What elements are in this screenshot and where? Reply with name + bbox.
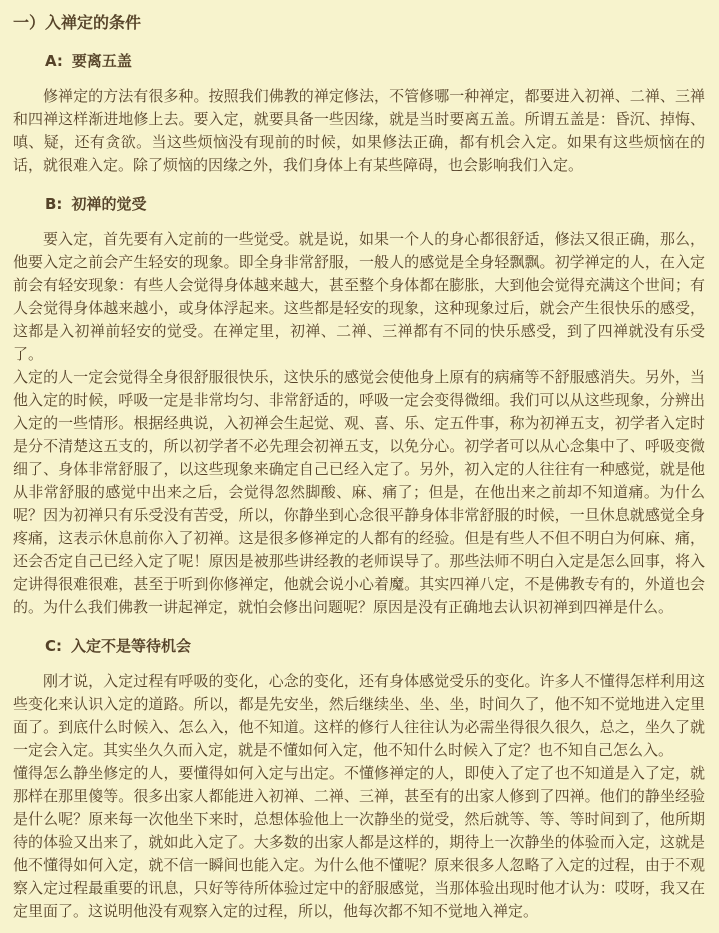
paragraph-c1: 刚才说，入定过程有呼吸的变化，心念的变化，还有身体感觉受乐的变化。许多人不懂得怎…	[13, 670, 705, 762]
section-heading-c: C:入定不是等待机会	[45, 635, 705, 658]
section-b-label: B:	[45, 195, 62, 213]
section-heading-b: B:初禅的觉受	[45, 193, 705, 216]
section-a-label: A:	[45, 52, 63, 70]
page-title: 一）入禅定的条件	[13, 7, 705, 34]
paragraph-b1: 要入定，首先要有入定前的一些觉受。就是说，如果一个人的身心都很舒适，修法又很正确…	[13, 228, 705, 366]
section-heading-a: A:要离五盖	[45, 50, 705, 73]
section-a-title: 要离五盖	[72, 52, 132, 70]
paragraph-b2: 入定的人一定会觉得全身很舒服很快乐，这快乐的感觉会使他身上原有的病痛等不舒服感消…	[13, 366, 705, 619]
section-c-title: 入定不是等待机会	[71, 637, 191, 655]
paragraph-a1: 修禅定的方法有很多种。按照我们佛教的禅定修法，不管修哪一种禅定，都要进入初禅、二…	[13, 85, 705, 177]
section-b-title: 初禅的觉受	[71, 195, 146, 213]
paragraph-c2: 懂得怎么静坐修定的人，要懂得如何入定与出定。不懂修禅定的人，即使入了定了也不知道…	[13, 762, 705, 923]
section-c-label: C:	[45, 637, 62, 655]
document-page: 一）入禅定的条件 A:要离五盖 修禅定的方法有很多种。按照我们佛教的禅定修法，不…	[0, 0, 719, 933]
